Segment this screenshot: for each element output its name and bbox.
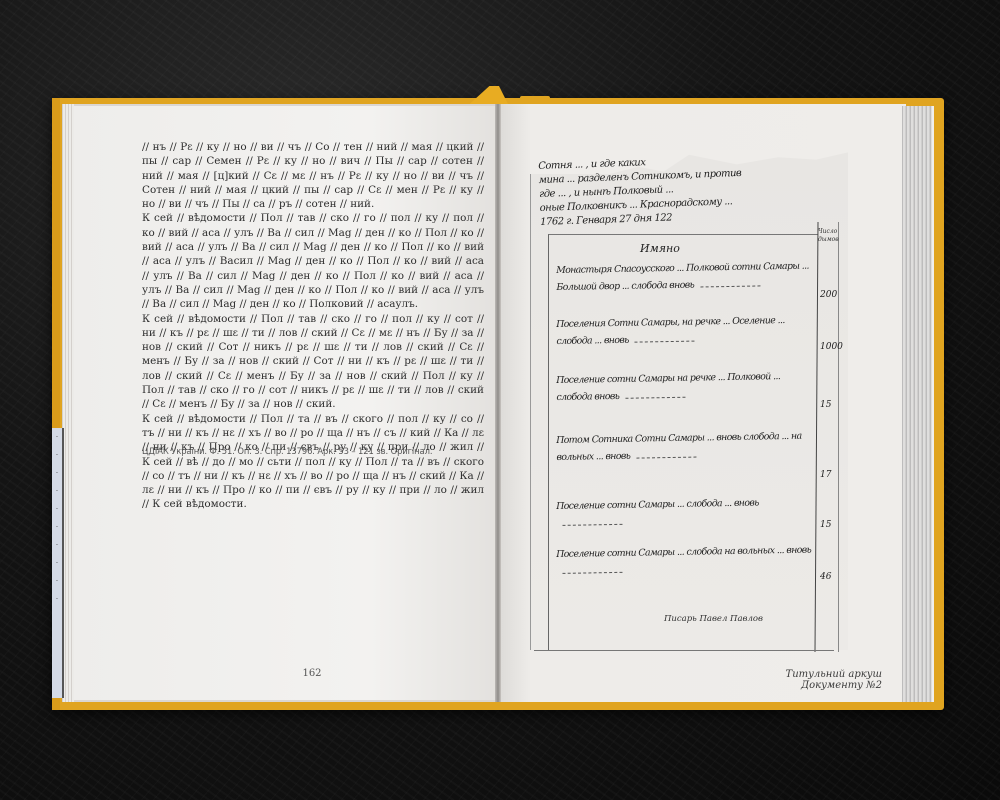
manuscript-amount: 15 xyxy=(820,520,844,530)
manuscript-amount: 15 xyxy=(820,400,844,410)
paragraph: К сей // вѣдомости // Пол // та // въ //… xyxy=(142,412,484,512)
page-edge-tab: ·········· xyxy=(52,428,64,698)
page-number: 162 xyxy=(300,668,324,679)
manuscript-bottom-rule xyxy=(534,650,834,651)
manuscript-signature: Писарь Павел Павлов xyxy=(664,614,763,624)
manuscript-entry: Поселение сотни Самары на речке ... Полк… xyxy=(556,367,817,406)
manuscript-amount: 1000 xyxy=(820,342,844,352)
manuscript-amount: 46 xyxy=(820,572,844,582)
manuscript-amount: 200 xyxy=(820,290,844,300)
book-gutter xyxy=(495,104,501,702)
archive-source-note: ЦДІАК України. Ф. 51. Оп. 3. Спр. 13796.… xyxy=(142,446,484,456)
paragraph: К сей // вѣдомости // Пол // тав // ско … xyxy=(142,211,484,311)
manuscript-entry: Поселение сотни Самары ... слобода на во… xyxy=(556,541,817,580)
paragraph: К сей // вѣдомости // Пол // тав // ско … xyxy=(142,312,484,412)
manuscript-entry: Поселение сотни Самары ... слобода ... в… xyxy=(556,493,817,532)
manuscript-header: Сотня ... , и где каких мина ... разделе… xyxy=(538,150,840,230)
manuscript-entry: Поселения Сотни Самары, на речке ... Осе… xyxy=(556,311,817,350)
right-page-stack xyxy=(902,106,934,702)
manuscript-title: Имяно xyxy=(640,242,680,255)
manuscript-column-header: Число дымов xyxy=(818,228,848,244)
manuscript-amount: 17 xyxy=(820,470,844,480)
manuscript-entry: Потом Сотника Сотни Самары ... вновь сло… xyxy=(556,427,817,466)
figure-caption: Титульний аркуш Документу №2 xyxy=(722,669,882,691)
manuscript-entry: Монастыря Спасоусского ... Полковой сотн… xyxy=(556,257,817,296)
paragraph: // нъ // Рε // ку // но // ви // чъ // С… xyxy=(142,140,484,211)
manuscript-column-rule xyxy=(838,222,839,652)
